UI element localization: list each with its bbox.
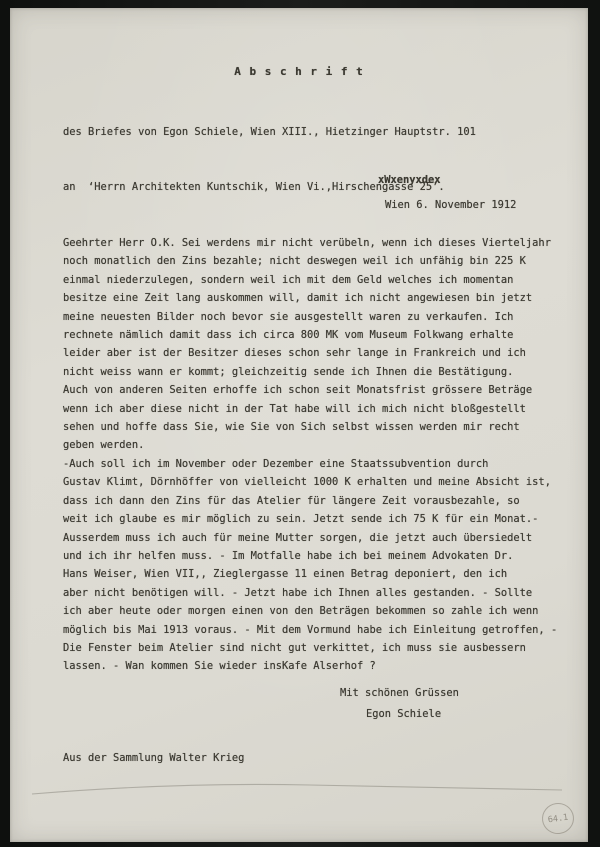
body-line: Hans Weiser, Wien VII,, Zieglergasse 11 … [63,565,565,583]
body-line: besitze eine Zeit lang auskommen will, d… [63,289,565,307]
body-line: einmal niederzulegen, sondern weil ich m… [63,271,565,289]
body-line: lassen. - Wan kommen Sie wieder insKafe … [63,657,565,675]
body-line: und ich ihr helfen muss. - Im Motfalle h… [63,547,565,565]
dateline: Wien 6. November 1912 [385,196,516,214]
paper-crease-line [10,774,588,804]
body-line: ich aber heute oder morgen einen von den… [63,602,565,620]
body-line: Auch von anderen Seiten erhoffe ich scho… [63,381,565,399]
typed-over-crossed-out-text: xWxenyxdex [378,171,441,189]
signature-name: Egon Schiele [366,705,441,723]
body-line: meine neuesten Bilder noch bevor sie aus… [63,308,565,326]
pencil-inventory-mark: 64.1 [540,801,576,836]
body-line: Ausserdem muss ich auch für meine Mutter… [63,529,565,547]
body-line: aber nicht benötigen will. - Jetzt habe … [63,584,565,602]
body-line: Gustav Klimt, Dörnhöffer von vielleicht … [63,473,565,491]
body-line: Die Fenster beim Atelier sind nicht gut … [63,639,565,657]
body-line: Geehrter Herr O.K. Sei werdens mir nicht… [63,234,565,252]
body-line: rechnete nämlich damit dass ich circa 80… [63,326,565,344]
body-line: noch monatlich den Zins bezahle; nicht d… [63,252,565,270]
body-line: -Auch soll ich im November oder Dezember… [63,455,565,473]
provenance-note: Aus der Sammlung Walter Krieg [63,749,244,767]
body-line: weit ich glaube es mir möglich zu sein. … [63,510,565,528]
photo-background: A b s c h r i f t des Briefes von Egon S… [0,0,600,847]
letter-page: A b s c h r i f t des Briefes von Egon S… [10,8,588,842]
header-line-sender: des Briefes von Egon Schiele, Wien XIII.… [63,123,476,141]
pencil-inventory-number: 64.1 [547,812,569,825]
closing-salutation: Mit schönen Grüssen [340,684,459,702]
body-line: nicht weiss wann er kommt; gleichzeitig … [63,363,565,381]
body-line: wenn ich aber diese nicht in der Tat hab… [63,400,565,418]
body-line: sehen und hoffe dass Sie, wie Sie von Si… [63,418,565,436]
letter-body: Geehrter Herr O.K. Sei werdens mir nicht… [63,234,565,676]
body-line: möglich bis Mai 1913 voraus. - Mit dem V… [63,621,565,639]
letter-title: A b s c h r i f t [10,63,588,81]
body-line: leider aber ist der Besitzer dieses scho… [63,344,565,362]
body-line: dass ich dann den Zins für das Atelier f… [63,492,565,510]
body-line: geben werden. [63,436,565,454]
